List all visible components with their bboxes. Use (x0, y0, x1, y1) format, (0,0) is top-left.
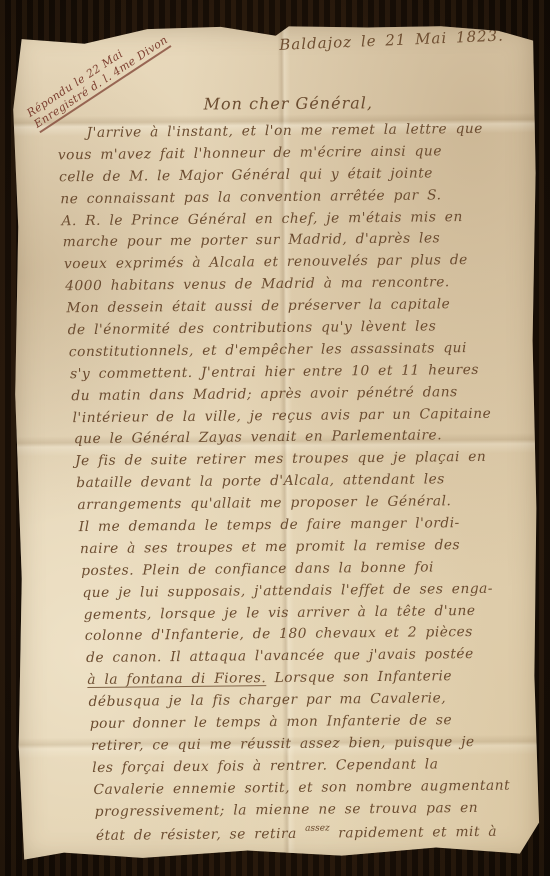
letter-body: J'arrive à l'instant, et l'on me remet l… (57, 121, 525, 848)
annotation-line-1: Répondu le 22 Mai (24, 22, 163, 120)
margin-annotation: Répondu le 22 Mai Enregistré d. l. 4me D… (24, 22, 171, 133)
photo-background: Répondu le 22 Mai Enregistré d. l. 4me D… (0, 0, 550, 876)
letter-line: état de résister, se retira assez rapide… (96, 821, 524, 847)
dateline: Baldajoz le 21 Mai 1823. (279, 26, 504, 53)
annotation-line-2: Enregistré d. l. 4me Divon (32, 33, 172, 133)
salutation: Mon cher Général, (204, 93, 373, 113)
letter-paper: Répondu le 22 Mai Enregistré d. l. 4me D… (11, 22, 541, 864)
